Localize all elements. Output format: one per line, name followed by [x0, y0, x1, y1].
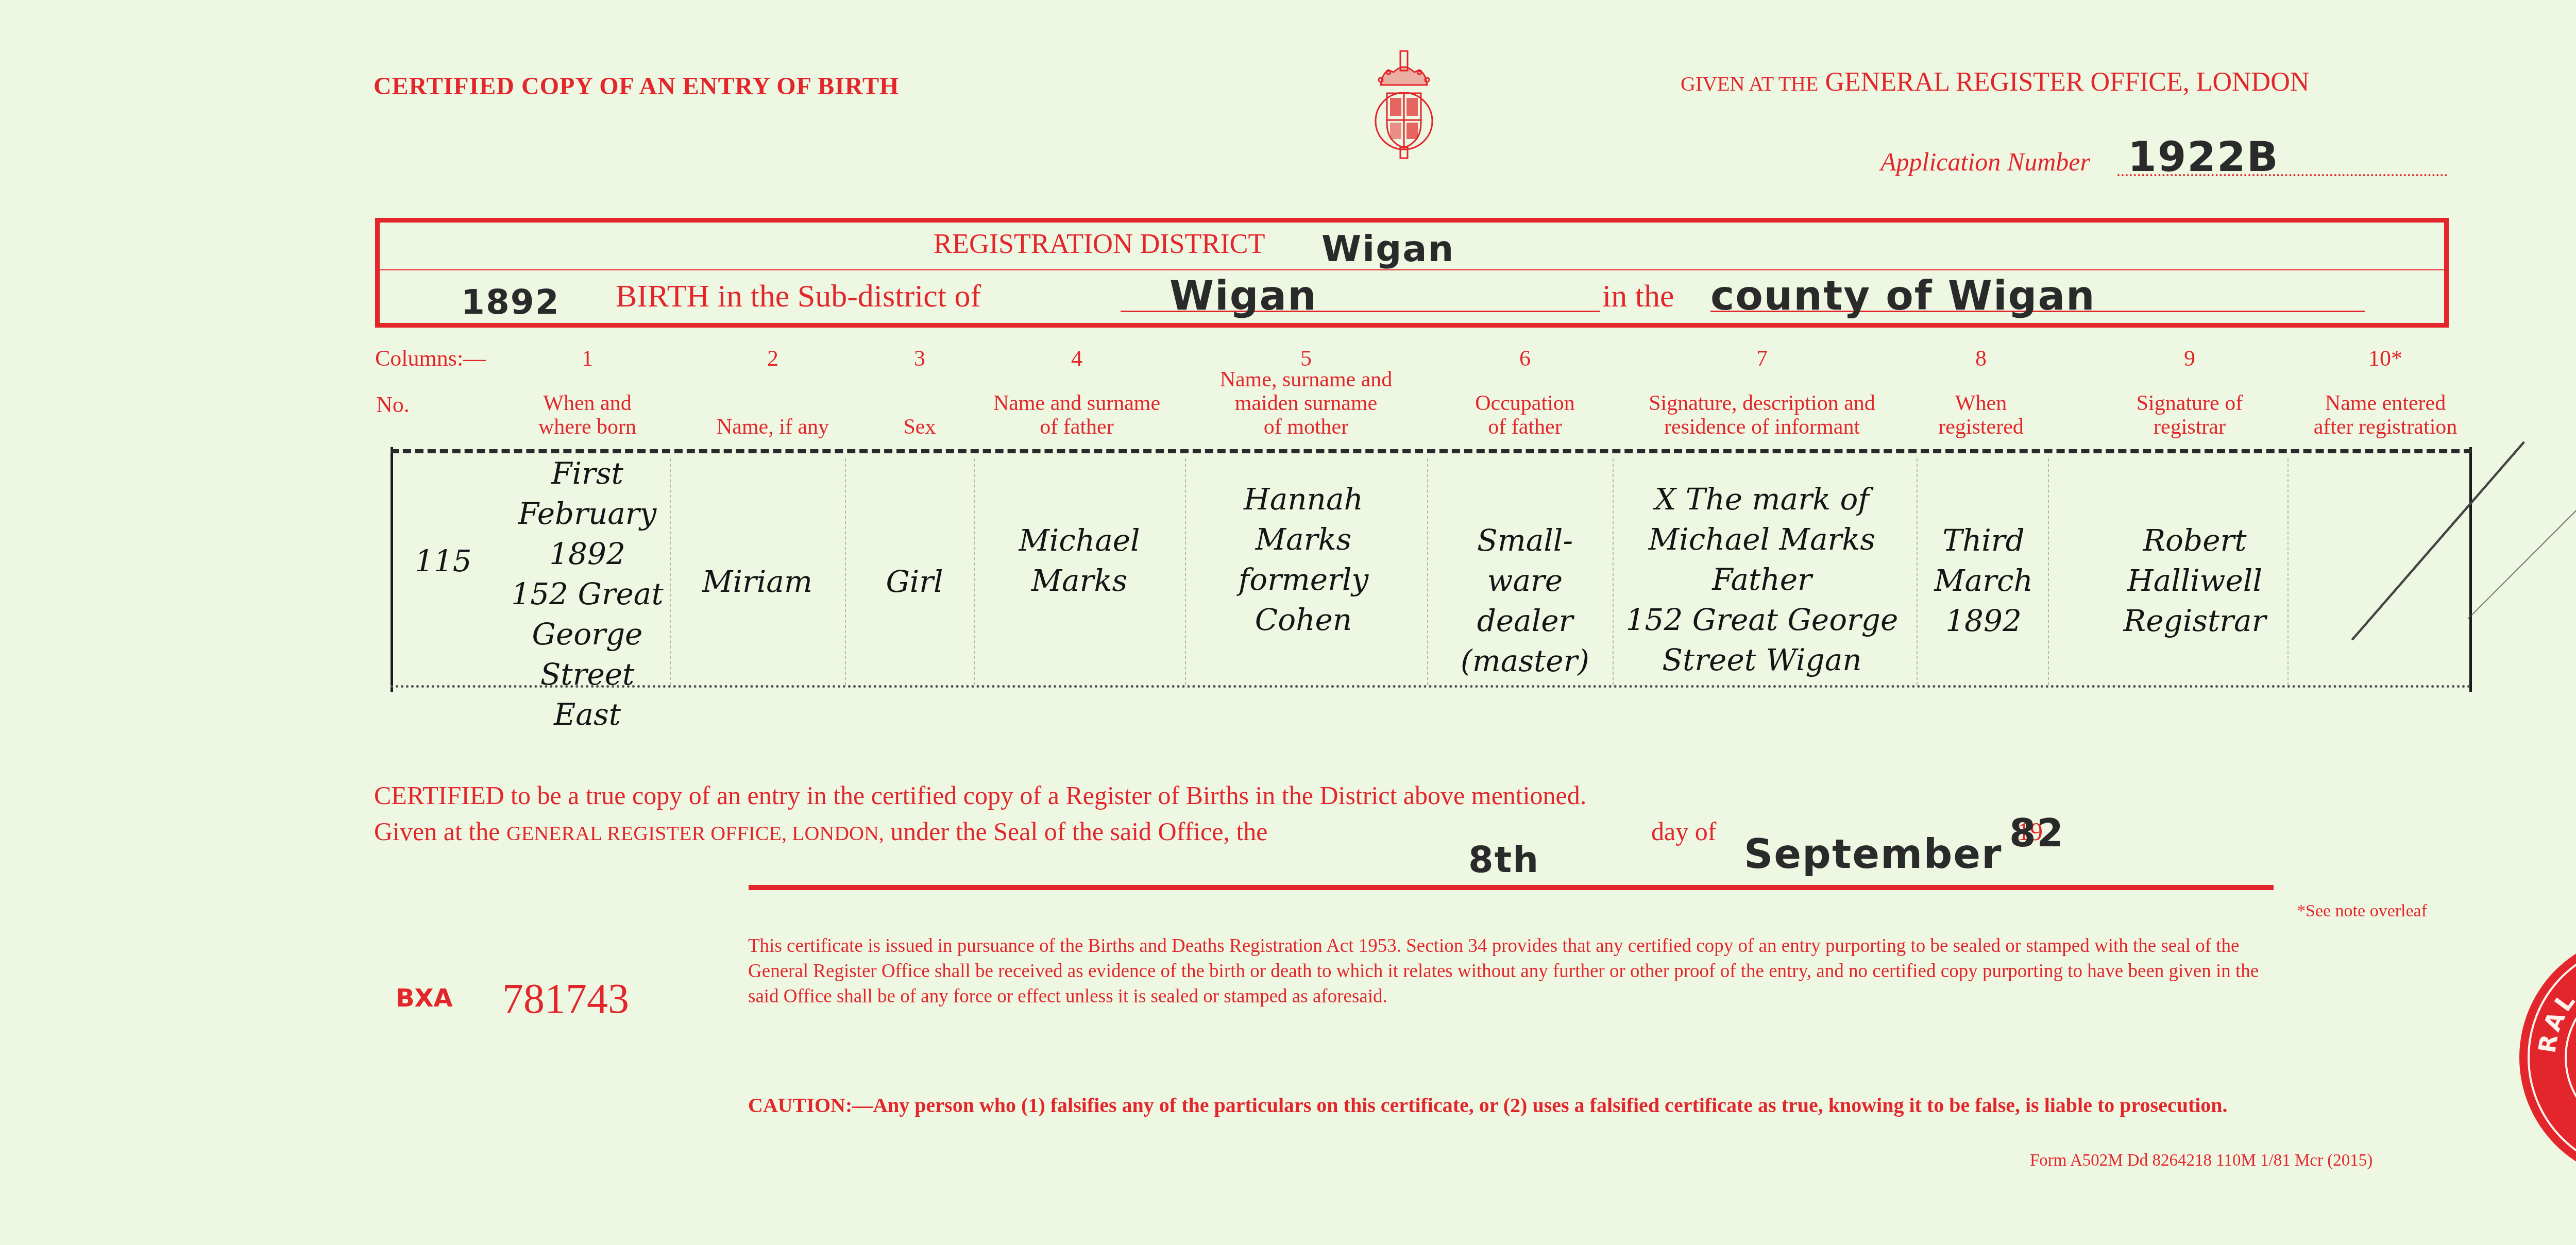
- column-separator: [1917, 458, 1918, 685]
- column-heading-line: Name entered: [2282, 391, 2488, 415]
- column-heading-line: When: [1917, 391, 2045, 415]
- entry-when-where-born: FirstFebruary1892152 GreatGeorgeStreet E…: [502, 453, 672, 735]
- column-separator: [1427, 458, 1428, 685]
- given-at-office: GENERAL REGISTER OFFICE, LONDON,: [506, 822, 884, 845]
- no-column-label: No.: [376, 391, 410, 418]
- registration-district-value: Wigan: [1321, 228, 1454, 270]
- column-heading-line: residence of informant: [1618, 415, 1906, 439]
- entry-no: 115: [415, 541, 471, 581]
- column-heading-7: Signature, description andresidence of i…: [1618, 391, 1906, 439]
- column-heading-line: of father: [1440, 415, 1610, 439]
- column-number-4: 4: [969, 345, 1185, 371]
- entry-mother: HannahMarksformerlyCohen: [1206, 479, 1401, 640]
- entry-line: X The mark of: [1618, 479, 1906, 519]
- column-heading-line: When and: [510, 391, 665, 415]
- entry-when-registered: ThirdMarch1892: [1917, 520, 2050, 641]
- entry-line: 152 Great George: [1618, 600, 1906, 640]
- birth-year-value: 1892: [461, 282, 560, 322]
- column-10-strike-line-faint: [2467, 494, 2576, 620]
- column-heading-6: Occupationof father: [1440, 391, 1610, 439]
- entry-line: dealer: [1437, 601, 1613, 641]
- entry-line: (master): [1437, 641, 1613, 681]
- entry-line: Marks: [987, 560, 1172, 601]
- column-heading-line: registrar: [2115, 415, 2264, 439]
- column-heading-8: Whenregistered: [1917, 391, 2045, 439]
- royal-crest-icon: [1365, 49, 1443, 160]
- column-heading-line: Sex: [889, 415, 951, 439]
- column-separator: [1613, 458, 1614, 685]
- certification-month-value: September: [1744, 831, 2003, 878]
- entry-line: formerly: [1206, 559, 1401, 600]
- column-heading-line: of mother: [1188, 415, 1425, 439]
- column-number-3: 3: [889, 345, 951, 371]
- entry-name: Miriam: [685, 561, 829, 602]
- certification-day-value: 8th: [1468, 839, 1539, 881]
- given-at-prefix: Given at the: [374, 817, 500, 846]
- entry-line: Cohen: [1206, 600, 1401, 640]
- column-heading-2: Name, if any: [696, 415, 850, 439]
- see-note-overleaf: *See note overleaf: [2297, 901, 2427, 921]
- column-separator: [845, 458, 846, 685]
- entry-occupation-father: Small-waredealer(master): [1437, 520, 1613, 681]
- entry-line: 152 Great: [502, 574, 672, 614]
- column-heading-line: Occupation: [1440, 391, 1610, 415]
- entry-line: George: [502, 614, 672, 654]
- entry-informant: X The mark ofMichael MarksFather152 Grea…: [1618, 479, 1906, 680]
- column-number-2: 2: [696, 345, 850, 371]
- serial-prefix: BXA: [396, 984, 453, 1013]
- issuer-name: GENERAL REGISTER OFFICE, LONDON: [1825, 67, 2309, 97]
- legal-notice: This certificate is issued in pursuance …: [748, 933, 2294, 1009]
- in-the-label: in the: [1602, 278, 1674, 315]
- issuer-prefix: Given at the: [1681, 72, 1818, 95]
- column-number-10: 10*: [2282, 345, 2488, 371]
- county-value: county of Wigan: [1710, 273, 2096, 319]
- column-heading-line: Name and surname: [969, 391, 1185, 415]
- entry-line: Registrar: [2107, 601, 2282, 641]
- certification-statement: CERTIFIED to be a true copy of an entry …: [374, 780, 1586, 810]
- column-heading-line: where born: [510, 415, 665, 439]
- entry-line: Michael Marks: [1618, 519, 1906, 559]
- entry-line: Street Wigan: [1618, 640, 1906, 680]
- application-number-label: Application Number: [1880, 147, 2090, 177]
- column-separator: [2287, 458, 2289, 685]
- entry-line: 1892: [502, 534, 672, 574]
- column-separator: [974, 458, 975, 685]
- entry-registrar: RobertHalliwellRegistrar: [2107, 520, 2282, 641]
- serial-number: 781743: [502, 975, 629, 1023]
- column-separator: [2048, 458, 2049, 685]
- entry-line: Third: [1917, 520, 2050, 560]
- entry-top-rule: [391, 449, 2472, 453]
- entry-line: 1892: [1917, 601, 2050, 641]
- column-heading-4: Name and surnameof father: [969, 391, 1185, 439]
- entry-line: Robert: [2107, 520, 2282, 560]
- subdistrict-value: Wigan: [1170, 273, 1317, 319]
- entry-line: Michael: [987, 520, 1172, 560]
- column-number-6: 6: [1440, 345, 1610, 371]
- entry-line: Halliwell: [2107, 560, 2282, 601]
- certificate-title: CERTIFIED COPY OF AN ENTRY OF BIRTH: [374, 72, 899, 100]
- column-heading-3: Sex: [889, 415, 951, 439]
- birth-subdistrict-label: BIRTH in the Sub-district of: [616, 278, 981, 315]
- registration-district-label: REGISTRATION DISTRICT: [934, 228, 1265, 260]
- form-number: Form A502M Dd 8264218 110M 1/81 Mcr (201…: [2030, 1151, 2372, 1170]
- column-heading-line: Signature, description and: [1618, 391, 1906, 415]
- certification-given-at: Given at the GENERAL REGISTER OFFICE, LO…: [374, 816, 1267, 846]
- column-heading-line: registered: [1917, 415, 2045, 439]
- entry-bottom-rule: [391, 685, 2472, 688]
- entry-father: MichaelMarks: [987, 520, 1172, 601]
- entry-line: March: [1917, 560, 2050, 601]
- column-heading-1: When andwhere born: [510, 391, 665, 439]
- entry-line: ware: [1437, 560, 1613, 601]
- entry-line: First: [502, 453, 672, 493]
- given-at-suffix: under the Seal of the said Office, the: [890, 817, 1267, 846]
- column-heading-5: Name, surname andmaiden surnameof mother: [1188, 368, 1425, 439]
- caution-notice: CAUTION:—Any person who (1) falsifies an…: [748, 1092, 2294, 1119]
- column-separator: [670, 458, 671, 685]
- column-separator: [1185, 458, 1186, 685]
- column-heading-line: Name, surname and: [1188, 368, 1425, 391]
- general-register-office-seal-icon: GENERAL REGISTER OFFICE ENGLAND: [2517, 931, 2576, 1184]
- column-heading-line: after registration: [2282, 415, 2488, 439]
- column-heading-line: maiden surname: [1188, 391, 1425, 415]
- column-heading-10: Name enteredafter registration: [2282, 391, 2488, 439]
- entry-sex: Girl: [871, 561, 958, 602]
- entry-line: Hannah: [1206, 479, 1401, 519]
- column-number-8: 8: [1917, 345, 2045, 371]
- application-number-value: 1922B: [2128, 133, 2279, 181]
- entry-line: Street East: [502, 654, 672, 735]
- column-heading-9: Signature ofregistrar: [2115, 391, 2264, 439]
- column-number-9: 9: [2115, 345, 2264, 371]
- day-of-label: day of: [1651, 816, 1716, 846]
- entry-line: February: [502, 493, 672, 534]
- entry-line: Small-: [1437, 520, 1613, 560]
- issuing-office: Given at the GENERAL REGISTER OFFICE, LO…: [1681, 67, 2309, 97]
- column-number-7: 7: [1618, 345, 1906, 371]
- columns-label: Columns:—: [375, 345, 486, 371]
- column-heading-line: Name, if any: [696, 415, 850, 439]
- column-heading-line: of father: [969, 415, 1185, 439]
- entry-line: Marks: [1206, 519, 1401, 559]
- certification-rule: [749, 885, 2274, 890]
- certification-year-value: 82: [2009, 811, 2064, 856]
- column-heading-line: Signature of: [2115, 391, 2264, 415]
- entry-line: Father: [1618, 559, 1906, 600]
- column-number-1: 1: [510, 345, 665, 371]
